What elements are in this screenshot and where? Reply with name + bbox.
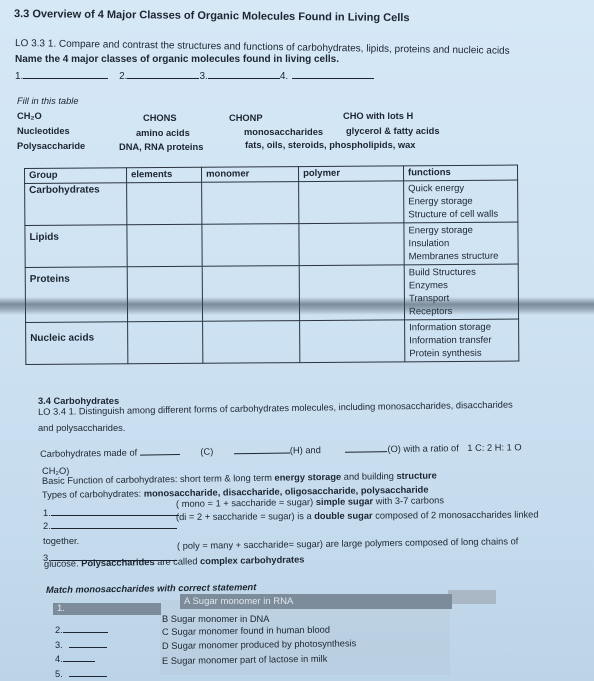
word-bank-item: Polysaccharide	[17, 141, 85, 151]
function-item: Structure of cell walls	[408, 208, 513, 222]
monomer-cell[interactable]	[202, 182, 299, 225]
group-cell: Nucleic acids	[26, 322, 128, 365]
basic-function-text: and building	[341, 471, 396, 482]
learning-objective-cont: and polysaccharides.	[38, 423, 125, 433]
glucose-bold: Polysaccharides	[81, 557, 155, 568]
function-item: Membranes structure	[409, 250, 514, 264]
table-row: Nucleic acids Information storage Inform…	[26, 319, 519, 364]
carb-item-2: 2.	[43, 518, 177, 531]
polymer-cell[interactable]	[300, 320, 405, 363]
table-row: Carbohydrates Quick energy Energy storag…	[25, 180, 518, 225]
match-number-1: 1.	[53, 603, 161, 615]
hydrogen-blank[interactable]	[234, 443, 290, 455]
name-prompt: Name the 4 major classes of organic mole…	[15, 54, 339, 65]
function-item: Energy storage	[408, 195, 513, 209]
group-cell: Carbohydrates	[25, 183, 127, 226]
function-item: Insulation	[408, 237, 513, 251]
match-number-4: 4.	[55, 651, 95, 664]
function-item: Build Structures	[409, 266, 514, 280]
word-bank-item: DNA, RNA proteins	[119, 142, 203, 152]
blank-label-2: 2.	[119, 71, 127, 82]
item-text: composed of 2 monosaccharides linked	[373, 509, 539, 520]
glucose-text: glucose.	[44, 558, 81, 569]
function-item: Enzymes	[409, 279, 514, 293]
word-bank-heading: Fill in this table	[17, 96, 79, 106]
ratio-value: 1 C: 2 H: 1 O	[467, 442, 521, 453]
header-functions: functions	[403, 165, 517, 181]
function-item: Protein synthesis	[409, 347, 514, 361]
match-number-2: 2.	[55, 622, 108, 635]
made-of-label: Carbohydrates made of	[40, 448, 137, 459]
match-answer-blank-3[interactable]	[69, 637, 107, 648]
functions-cell: Energy storage Insulation Membranes stru…	[404, 222, 518, 265]
polymer-cell[interactable]	[299, 223, 404, 266]
item-number: 1.	[43, 508, 51, 518]
glucose-bold: complex carbohydrates	[200, 554, 305, 566]
match-answer-blank-4[interactable]	[63, 651, 95, 662]
blank-label-1: 1.	[15, 71, 23, 82]
function-item: Information storage	[409, 321, 514, 335]
polymer-cell[interactable]	[299, 265, 404, 321]
basic-function-bold: structure	[396, 470, 436, 481]
function-item: Transport	[409, 292, 514, 306]
answer-blank-1[interactable]	[23, 68, 108, 79]
types-label: Types of carbohydrates:	[42, 489, 144, 500]
section-title: 3.3 Overview of 4 Major Classes of Organ…	[14, 8, 410, 24]
classes-table: Group elements monomer polymer functions…	[24, 165, 519, 365]
elements-cell[interactable]	[127, 224, 202, 267]
carb-answer-blank-1[interactable]	[51, 505, 179, 516]
glucose-text: are called	[155, 556, 201, 567]
match-number-label: 3.	[55, 640, 63, 650]
hydrogen-symbol: (H) and	[290, 445, 321, 455]
functions-cell: Build Structures Enzymes Transport Recep…	[404, 264, 518, 320]
word-bank-item: CHONP	[229, 113, 263, 123]
word-bank-item: amino acids	[136, 128, 190, 138]
item-number: 2.	[43, 521, 51, 531]
function-item: Receptors	[409, 305, 514, 319]
answer-blank-2[interactable]	[127, 68, 199, 79]
match-statement-a: A Sugar monomer in RNA	[180, 594, 452, 609]
item-text: with 3-7 carbons	[373, 495, 444, 506]
answer-blank-4[interactable]	[292, 68, 374, 79]
class-blanks: 1. 2.3.4.	[15, 68, 374, 82]
worksheet-page: 3.3 Overview of 4 Major Classes of Organ…	[0, 0, 594, 681]
match-statement-b: B Sugar monomer in DNA	[162, 614, 269, 624]
blank-label-4: 4.	[280, 71, 288, 82]
answer-blank-3[interactable]	[208, 68, 280, 79]
word-bank-item: CHONS	[143, 113, 177, 123]
word-bank-item: glycerol & fatty acids	[346, 126, 440, 136]
blank-label-3: 3.	[199, 71, 207, 82]
carbon-symbol: (C)	[200, 447, 213, 457]
polymer-cell[interactable]	[299, 181, 404, 224]
carb-item-3-desc: ( poly = many + saccharide= sugar) are l…	[177, 536, 518, 551]
item-bold: simple sugar	[316, 496, 373, 507]
item-bold: double sugar	[314, 511, 372, 521]
basic-function-text: Basic Function of carbohydrates: short t…	[42, 473, 275, 486]
group-cell: Proteins	[25, 267, 127, 323]
made-of-line: Carbohydrates made of (C) (H) and (O) wi…	[40, 439, 522, 459]
functions-cell: Information storage Information transfer…	[405, 319, 519, 362]
match-number-label: 4.	[55, 654, 63, 664]
function-item: Quick energy	[408, 182, 513, 196]
match-number-label: 2.	[55, 625, 63, 635]
monomer-cell[interactable]	[203, 321, 300, 364]
basic-function-bold: energy storage	[274, 472, 341, 483]
word-bank-item: CHO with lots H	[343, 111, 413, 121]
oxygen-symbol: (O) with a ratio of	[387, 443, 458, 454]
match-number-3: 3.	[55, 637, 107, 650]
table-row: Proteins Build Structures Enzymes Transp…	[25, 264, 518, 322]
word-bank-item: fats, oils, steroids, phospholipids, wax	[245, 140, 415, 150]
match-number-label: 5.	[55, 669, 63, 679]
elements-cell[interactable]	[127, 266, 202, 322]
function-item: Energy storage	[408, 224, 513, 238]
made-of-cont: CH₂O)	[42, 466, 69, 476]
match-header-bar-right	[448, 590, 496, 604]
header-elements: elements	[127, 167, 202, 183]
elements-cell[interactable]	[128, 321, 203, 364]
group-cell: Lipids	[25, 225, 127, 268]
oxygen-blank[interactable]	[345, 441, 387, 453]
together-text: together.	[43, 536, 79, 546]
monomer-cell[interactable]	[202, 224, 299, 267]
word-bank-item: monosaccharides	[244, 127, 323, 137]
carb-item-1: 1.	[43, 505, 179, 518]
functions-cell: Quick energy Energy storage Structure of…	[404, 180, 518, 223]
carb-item-2-desc: (di = 2 + saccharide = sugar) is a doubl…	[176, 509, 539, 522]
match-answer-blank-5[interactable]	[69, 666, 107, 677]
match-answer-blank-2[interactable]	[63, 622, 108, 633]
elements-cell[interactable]	[127, 182, 202, 225]
item-text: (di = 2 + saccharide = sugar) is a	[176, 511, 314, 522]
word-bank-item: Nucleotides	[17, 126, 70, 136]
word-bank-item: CH₂O	[17, 111, 42, 121]
basic-function-line: Basic Function of carbohydrates: short t…	[42, 470, 437, 486]
match-number-5: 5.	[55, 666, 107, 679]
carbon-blank[interactable]	[140, 444, 180, 456]
header-group: Group	[25, 168, 127, 184]
function-item: Information transfer	[409, 334, 514, 348]
carb-answer-blank-2[interactable]	[51, 518, 177, 529]
item-text: ( mono = 1 + saccharide = sugar)	[176, 497, 316, 509]
header-monomer: monomer	[201, 167, 298, 183]
monomer-cell[interactable]	[202, 266, 299, 322]
table-row: Lipids Energy storage Insulation Membran…	[25, 222, 518, 267]
header-polymer: polymer	[298, 166, 403, 182]
